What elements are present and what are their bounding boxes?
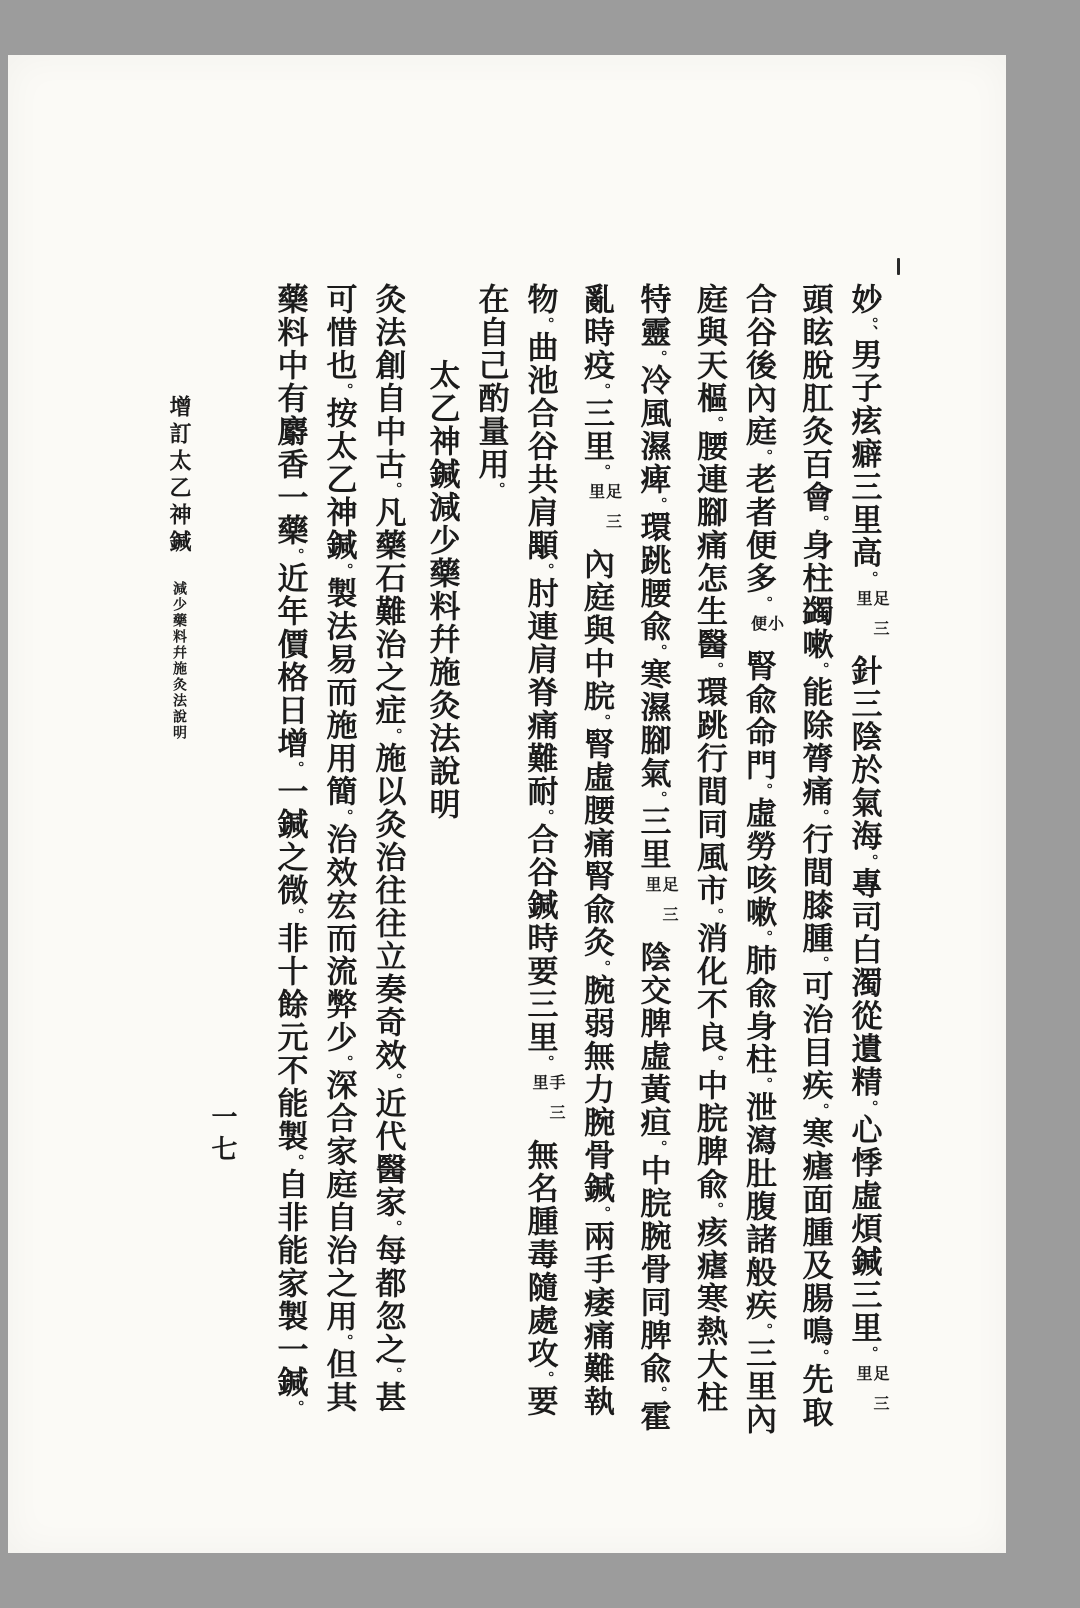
punctuation-ring: 。	[862, 317, 880, 325]
book-page: 妙。、男子痃癖三里高。足三里針三陰於氣海。專司白濁從遺精。心悸虛煩鍼三里。足三里…	[8, 55, 1006, 1553]
punctuation-ring: 。	[756, 783, 774, 798]
punctuation-ring: 。	[594, 714, 612, 729]
text-column: 灸法創自中古。凡藥石難治之症。施以灸治往往立奏奇效。近代醫家。每都忽之。甚	[370, 283, 406, 1498]
punctuation-ring: 。	[594, 1206, 612, 1221]
running-title-block: 增訂太乙神鍼 減少藥料幷施灸法說明	[158, 395, 200, 741]
punctuation-ring: 。	[651, 497, 669, 512]
text-column: 合谷後內庭。老者便多。小便腎兪命門。虛勞咳嗽。肺兪身柱。泄瀉肚腹諸般疾。三里內	[740, 283, 784, 1498]
text-column: 在自己酌量用。	[473, 283, 509, 1498]
text-block: 妙。、男子痃癖三里高。足三里針三陰於氣海。專司白濁從遺精。心悸虛煩鍼三里。足三里…	[259, 283, 903, 1498]
punctuation-ring: 。	[862, 571, 880, 586]
punctuation-ring: 。	[707, 1055, 725, 1070]
punctuation-ring: 。	[538, 317, 556, 332]
punctuation-ring: 。	[756, 930, 774, 945]
punctuation-ring: 。	[386, 482, 404, 497]
punctuation-ring: 。	[707, 416, 725, 431]
punctuation-ring: 。	[386, 1220, 404, 1235]
text-column: 庭與天樞。腰連腳痛怎生醫。環跳行間同風市。消化不良。中脘脾兪。痎瘧寒熱大柱	[691, 283, 727, 1498]
punctuation-ring: 。	[756, 1323, 774, 1338]
punctuation-ring: 。	[489, 482, 507, 497]
punctuation-ring: 。	[337, 809, 355, 824]
punctuation-ring: 。	[538, 1371, 556, 1386]
inline-annotation: 小便	[750, 615, 784, 645]
punctuation-ring: 。	[813, 515, 831, 530]
text-column: 妙。、男子痃癖三里高。足三里針三陰於氣海。專司白濁從遺精。心悸虛煩鍼三里。足三里	[846, 283, 890, 1498]
punctuation-ring: 。	[288, 1154, 306, 1169]
punctuation-ring: 。	[337, 1334, 355, 1349]
punctuation-ring: 。	[288, 908, 306, 923]
punctuation-ring: 。	[386, 1367, 404, 1382]
punctuation-ring: 。	[538, 563, 556, 578]
page-number: 一七	[204, 1103, 241, 1167]
running-title: 增訂太乙神鍼	[166, 395, 192, 557]
punctuation-ring: 。	[862, 1346, 880, 1361]
punctuation-ring: 。	[594, 383, 612, 398]
punctuation-ring: 。	[386, 728, 404, 743]
punctuation-ring: 。	[288, 761, 306, 776]
punctuation-ring: 。	[651, 644, 669, 659]
text-column: 物。曲池合谷共肩顒。肘連肩脊痛難耐。合谷鍼時要三里。手三里無名腫毒隨處攻。要	[522, 283, 566, 1498]
punctuation-ring: 。	[651, 1386, 669, 1401]
stray-ink-mark	[897, 258, 900, 275]
section-heading: 太乙神鍼減少藥料幷施灸法說明	[424, 283, 460, 1498]
inline-annotation: 足三里	[588, 483, 622, 543]
punctuation-ring: 。	[337, 563, 355, 578]
running-subtitle: 減少藥料幷施灸法說明	[171, 581, 187, 741]
punctuation-ring: 。	[288, 1400, 306, 1415]
punctuation-ring: 。	[862, 1100, 880, 1115]
inline-annotation: 足三里	[855, 590, 889, 650]
punctuation-ring: 。	[813, 956, 831, 971]
text-column: 可惜也。按太乙神鍼。製法易而施用簡。治效宏而流弊少。深合家庭自治之用。但其	[321, 283, 357, 1498]
punctuation-ring: 。	[813, 1103, 831, 1118]
punctuation-ring: 。	[594, 464, 612, 479]
punctuation-ring: 。	[813, 1349, 831, 1364]
punctuation-ring: 。	[594, 960, 612, 975]
punctuation-ring: 。	[651, 350, 669, 365]
punctuation-ring: 。	[386, 1073, 404, 1088]
punctuation-ring: 。	[707, 1202, 725, 1217]
punctuation-ring: 。	[288, 548, 306, 563]
inline-annotation: 手三里	[531, 1074, 565, 1134]
punctuation-ring: 。	[538, 809, 556, 824]
punctuation-ring: 。	[538, 1055, 556, 1070]
punctuation-ring: 。	[756, 596, 774, 611]
punctuation-ring: 。	[337, 1055, 355, 1070]
punctuation-ring: 。	[813, 809, 831, 824]
text-column: 頭眩脫肛灸百會。身柱蠲嗽。能除膂痛。行間膝腫。可治目疾。寒瘧面腫及腸鳴。先取	[797, 283, 833, 1498]
text-column: 藥料中有麝香一藥。近年價格日增。一鍼之微。非十餘元不能製。自非能家製一鍼。	[272, 283, 308, 1498]
punctuation-ring: 、	[862, 325, 880, 340]
punctuation-ring: 。	[862, 854, 880, 869]
punctuation-ring: 。	[337, 383, 355, 398]
punctuation-ring: 。	[651, 791, 669, 806]
punctuation-ring: 。	[707, 908, 725, 923]
inline-annotation: 足三里	[855, 1365, 889, 1425]
inline-annotation: 足三里	[644, 876, 678, 936]
punctuation-ring: 。	[756, 449, 774, 464]
text-column: 亂時疫。三里。足三里內庭與中脘。腎虛腰痛腎兪灸。腕弱無力腕骨鍼。兩手痿痛難執	[578, 283, 622, 1498]
text-column: 特靈。冷風濕痺。環跳腰兪。寒濕腳氣。三里足三里陰交脾虛黃疸。中脘腕骨同脾兪。霍	[635, 283, 679, 1498]
punctuation-ring: 。	[651, 1140, 669, 1155]
punctuation-ring: 。	[756, 1077, 774, 1092]
punctuation-ring: 。	[813, 662, 831, 677]
punctuation-ring: 。	[707, 662, 725, 677]
